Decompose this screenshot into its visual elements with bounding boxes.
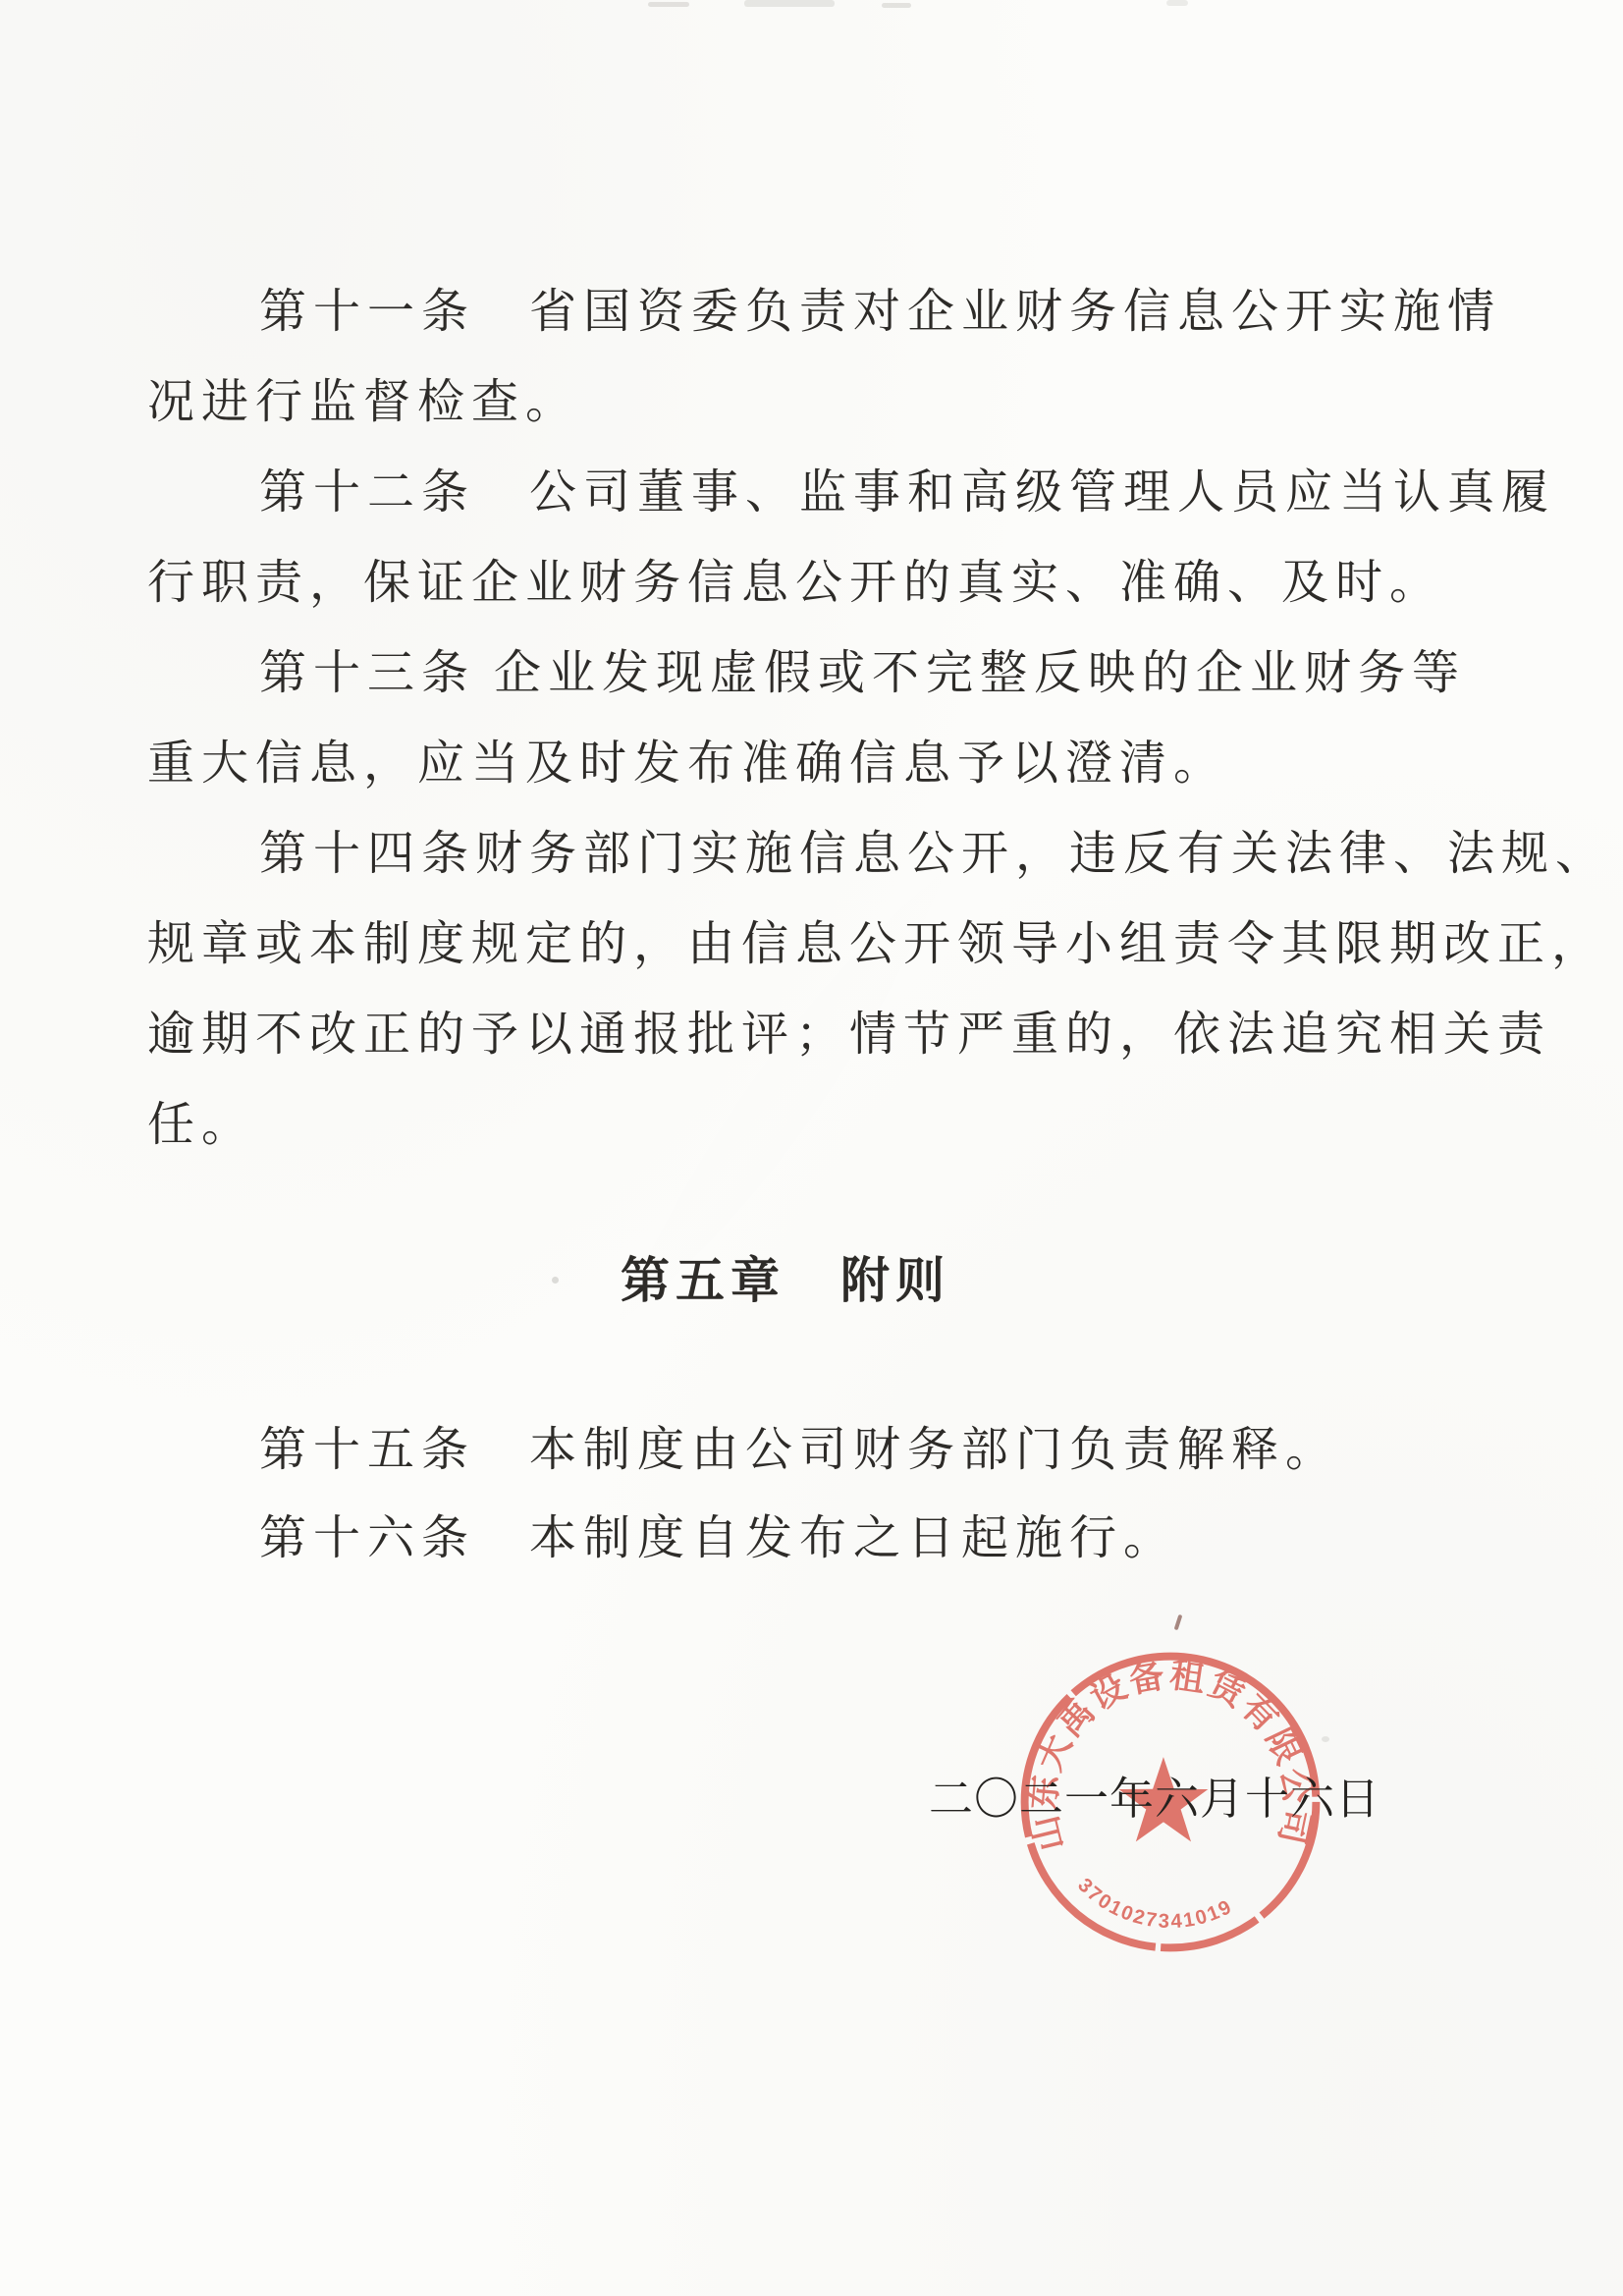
article-line: 第十六条 本制度自发布之日起施行。 — [147, 1495, 1512, 1583]
body-line: 逾期不改正的予以通报批评；情节严重的，依法追究相关责 — [147, 990, 1512, 1080]
article-line: 第十五条 本制度由公司财务部门负责解释。 — [147, 1406, 1512, 1495]
body-line: 规章或本制度规定的，由信息公开领导小组责令其限期改正， — [147, 900, 1512, 990]
body-line: 第十二条 公司董事、监事和高级管理人员应当认真履 — [147, 448, 1512, 538]
body-line: 重大信息，应当及时发布准确信息予以澄清。 — [147, 719, 1512, 809]
body-text: 第十一条 省国资委负责对企业财务信息公开实施情 况进行监督检查。 第十二条 公司… — [147, 267, 1512, 1171]
scan-artifact — [882, 3, 911, 8]
chapter-heading: 第五章 附则 — [0, 1235, 1571, 1326]
body-line: 第十三条 企业发现虚假或不完整反映的企业财务等 — [147, 629, 1512, 719]
document-page: 第十一条 省国资委负责对企业财务信息公开实施情 况进行监督检查。 第十二条 公司… — [0, 0, 1623, 2296]
body-line: 行职责，保证企业财务信息公开的真实、准确、及时。 — [147, 538, 1512, 629]
body-line: 任。 — [147, 1080, 1512, 1171]
scan-artifact — [1166, 0, 1188, 6]
issue-date: 二〇二一年六月十六日 — [929, 1770, 1380, 1829]
body-line: 况进行监督检查。 — [147, 357, 1512, 448]
scan-artifact — [744, 0, 835, 7]
body-line: 第十一条 省国资委负责对企业财务信息公开实施情 — [147, 267, 1512, 357]
scan-artifact — [1174, 1614, 1183, 1630]
closing-articles: 第十五条 本制度由公司财务部门负责解释。 第十六条 本制度自发布之日起施行。 — [147, 1406, 1512, 1583]
body-line: 第十四条财务部门实施信息公开，违反有关法律、法规、 — [147, 809, 1512, 900]
scan-artifact — [648, 2, 689, 7]
